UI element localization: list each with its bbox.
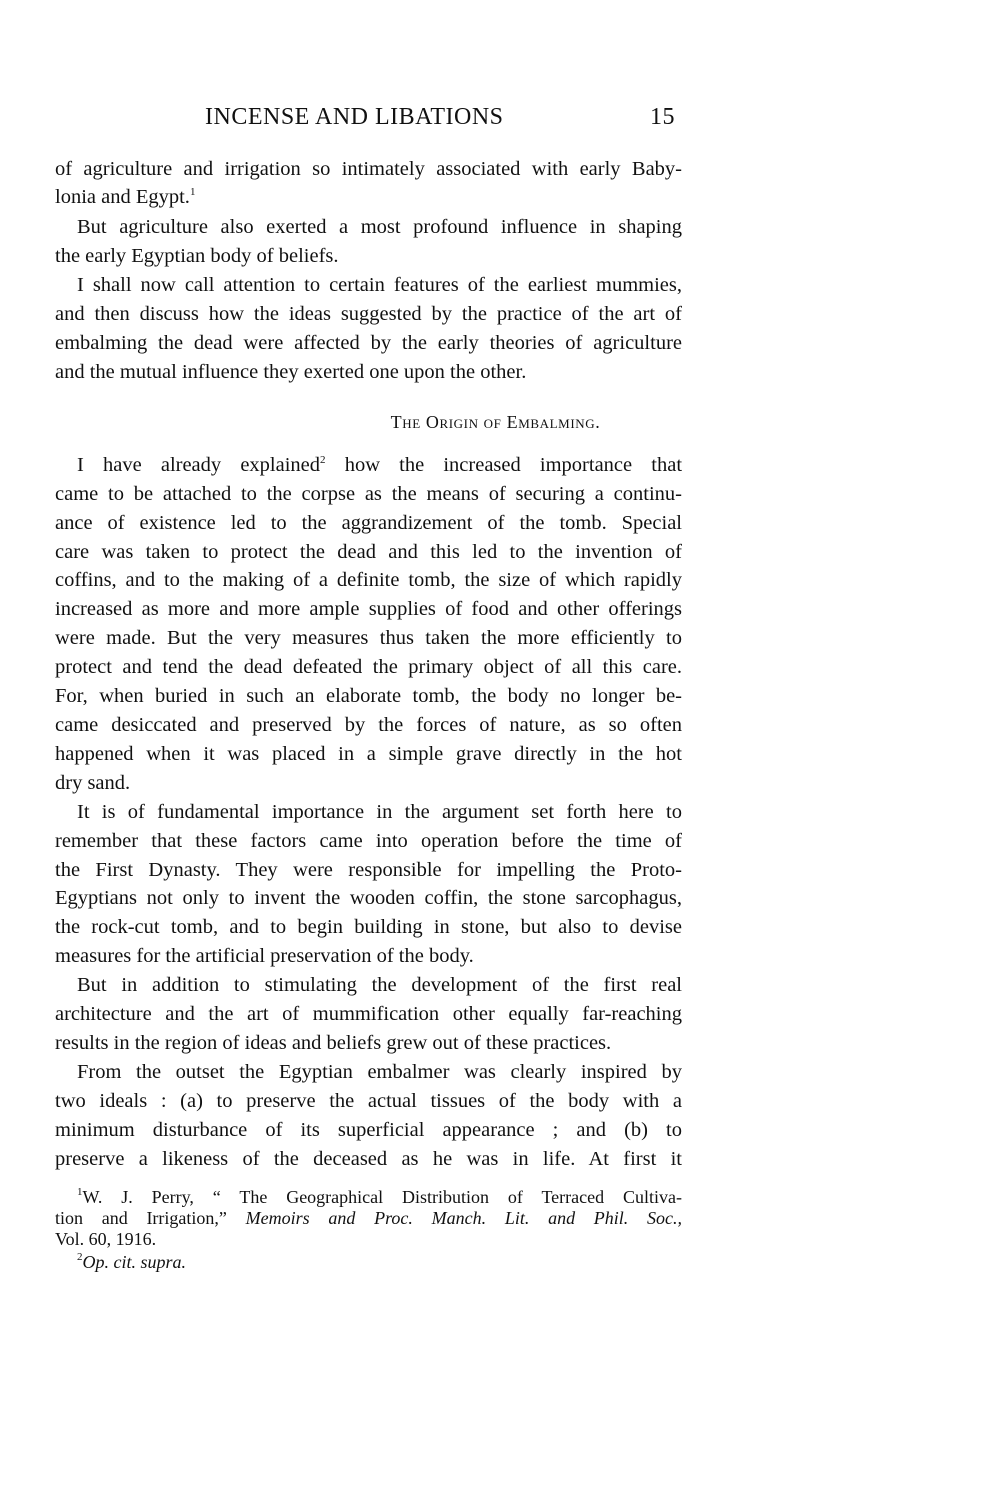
- body-line: and the mutual influence they exerted on…: [55, 359, 682, 385]
- body-line: increased as more and more ample supplie…: [55, 596, 682, 622]
- footnote-1: 1W. J. Perry, “ The Geographical Distrib…: [77, 1187, 682, 1208]
- running-head: INCENSE AND LIBATIONS 15: [205, 104, 675, 136]
- body-line: care was taken to protect the dead and t…: [55, 539, 682, 565]
- body-line: came desiccated and preserved by the for…: [55, 712, 682, 738]
- body-line: the First Dynasty. They were responsible…: [55, 857, 682, 883]
- footnote-1-line2: tion and Irrigation,” Memoirs and Proc. …: [55, 1208, 682, 1229]
- body-line: were made. But the very measures thus ta…: [55, 625, 682, 651]
- body-line: ance of existence led to the aggrandizem…: [55, 510, 682, 536]
- footnote-1-line3: Vol. 60, 1916.: [55, 1229, 682, 1250]
- body-line: embalming the dead were affected by the …: [55, 330, 682, 356]
- body-line: Egyptians not only to invent the wooden …: [55, 885, 682, 911]
- body-line: two ideals : (a) to preserve the actual …: [55, 1088, 682, 1114]
- body-line: of agriculture and irrigation so intimat…: [55, 156, 682, 182]
- footnote-ref: 2: [320, 454, 326, 466]
- body-line: lonia and Egypt.1: [55, 184, 682, 210]
- body-line: For, when buried in such an elaborate to…: [55, 683, 682, 709]
- body-line: measures for the artificial preservation…: [55, 943, 682, 969]
- body-line: and then discuss how the ideas suggested…: [55, 301, 682, 327]
- body-line: dry sand.: [55, 770, 682, 796]
- body-line: results in the region of ideas and belie…: [55, 1030, 682, 1056]
- body-line: But agriculture also exerted a most prof…: [77, 214, 682, 240]
- section-heading: The Origin of Embalming.: [0, 412, 991, 433]
- body-line: I have already explained2 how the increa…: [77, 452, 682, 478]
- body-line: architecture and the art of mummificatio…: [55, 1001, 682, 1027]
- body-line: From the outset the Egyptian embalmer wa…: [77, 1059, 682, 1085]
- book-page: INCENSE AND LIBATIONS 15 of agriculture …: [0, 0, 991, 1506]
- body-line: But in addition to stimulating the devel…: [77, 972, 682, 998]
- body-line: minimum disturbance of its superficial a…: [55, 1117, 682, 1143]
- running-head-title: INCENSE AND LIBATIONS: [205, 104, 504, 131]
- body-line: the early Egyptian body of beliefs.: [55, 243, 682, 269]
- body-line: came to be attached to the corpse as the…: [55, 481, 682, 507]
- body-line: the rock-cut tomb, and to begin building…: [55, 914, 682, 940]
- body-line: It is of fundamental importance in the a…: [77, 799, 682, 825]
- body-line: preserve a likeness of the deceased as h…: [55, 1146, 682, 1172]
- body-line: I shall now call attention to certain fe…: [77, 272, 682, 298]
- body-line: remember that these factors came into op…: [55, 828, 682, 854]
- footnote-2: 2Op. cit. supra.: [77, 1252, 682, 1273]
- body-line: coffins, and to the making of a definite…: [55, 567, 682, 593]
- footnote-ref: 1: [190, 186, 196, 198]
- body-line: protect and tend the dead defeated the p…: [55, 654, 682, 680]
- page-number: 15: [650, 104, 675, 131]
- body-line: happened when it was placed in a simple …: [55, 741, 682, 767]
